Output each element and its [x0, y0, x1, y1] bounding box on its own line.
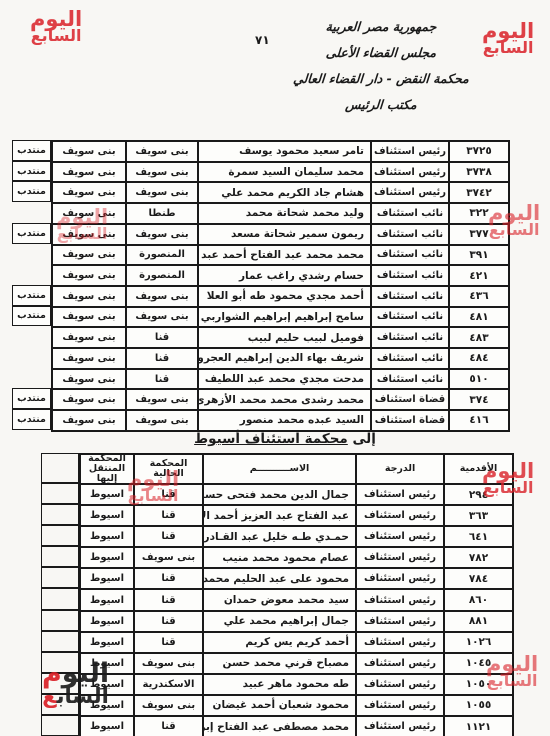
t2-seniority: ١٠٥٥	[444, 695, 513, 716]
t1-degree: نائب استئناف	[371, 203, 449, 224]
page-number: ٧١	[255, 33, 270, 47]
t1-current-court: قنا	[126, 348, 198, 369]
t1-name: وليد محمد شحاتة محمد	[198, 203, 371, 224]
youm7-watermark-line2: السابع	[30, 29, 82, 44]
t2-name: عصام محمود محمد منيب	[203, 547, 356, 568]
empty-margin-box	[41, 525, 79, 546]
t2-to-court: اسيوط	[80, 695, 134, 716]
t1-name: هشام جاد الكريم محمد علي	[198, 182, 371, 203]
t2-name: جمال الدين محمد فتحى حسين	[203, 484, 356, 505]
t2-degree: رئيس استئناف	[356, 611, 444, 632]
empty-margin-box	[41, 652, 79, 673]
t2-current-court: بنى سويف	[134, 547, 203, 568]
t2-current-court: قنا	[134, 526, 203, 547]
t1-to-court: بنى سويف	[52, 410, 126, 431]
t2-seniority: ٣٦٣	[444, 505, 513, 526]
t2-degree: رئيس استئناف	[356, 695, 444, 716]
t1-current-court: قنا	[126, 369, 198, 390]
delegation-stamp-empty	[12, 368, 51, 389]
t2-seniority: ٦٤١	[444, 526, 513, 547]
t1-seniority: ٤٨١	[449, 307, 509, 328]
t2-name: أحمد كريم يس كريم	[203, 632, 356, 653]
t1-seniority: ٤٨٤	[449, 348, 509, 369]
t1-degree: نائب استئناف	[371, 307, 449, 328]
t2-seniority: ١٠٢٦	[444, 632, 513, 653]
t2-degree: رئيس استئناف	[356, 653, 444, 674]
t2-seniority: ١١٢١	[444, 716, 513, 736]
t1-current-court: المنصورة	[126, 245, 198, 266]
t1-name: فوميل لبيب حليم لبيب	[198, 327, 371, 348]
t1-degree: قضاة استئناف	[371, 410, 449, 431]
t1-to-court: بنى سويف	[52, 203, 126, 224]
empty-margin-box	[41, 610, 79, 631]
t2-name: محمد مصطفى عبد الفتاح إبراهيم	[203, 716, 356, 736]
t2-name: مصباح قرني محمد حسن	[203, 653, 356, 674]
t2-seniority: ٧٨٤	[444, 568, 513, 589]
youm7-watermark-line1: اليوم	[482, 22, 534, 41]
t1-name: سامح إبراهيم إبراهيم الشواربي	[198, 307, 371, 328]
empty-margin-box	[41, 504, 79, 525]
section-title: إلى محكمة استئناف أسيوط	[120, 431, 450, 447]
letterhead-country: جمهورية مصر العربية	[277, 14, 485, 40]
t1-seniority: ٣٧٤	[449, 389, 509, 410]
empty-margin-box	[41, 483, 79, 504]
t2-to-court: اسيوط	[80, 716, 134, 736]
youm7-watermark: اليوم السابع	[30, 10, 82, 44]
t1-seniority: ٣٩١	[449, 245, 509, 266]
t2-current-court: قنا	[134, 716, 203, 736]
t2-seniority: ٧٨٢	[444, 547, 513, 568]
t2-current-court: قنا	[134, 611, 203, 632]
empty-margin-box	[41, 588, 79, 609]
t1-to-court: بنى سويف	[52, 307, 126, 328]
t1-degree: رئيس استئناف	[371, 162, 449, 183]
delegation-stamp: منتدب	[12, 306, 51, 327]
t1-to-court: بنى سويف	[52, 327, 126, 348]
t2-current-court: بنى سويف	[134, 653, 203, 674]
t2-seniority: ٢٩٤	[444, 484, 513, 505]
delegation-stamp: منتدب	[12, 388, 51, 409]
t2-to-court: اسيوط	[80, 653, 134, 674]
delegation-stamp-empty	[12, 347, 51, 368]
delegation-stamp: منتدب	[12, 223, 51, 244]
t2-name: طه محمود ماهر عبيد	[203, 674, 356, 695]
t1-degree: نائب استئناف	[371, 327, 449, 348]
t1-to-court: بنى سويف	[52, 348, 126, 369]
t1-degree: قضاة استئناف	[371, 389, 449, 410]
t1-name: تامر سعيد محمود يوسف	[198, 141, 371, 162]
t1-to-court: بنى سويف	[52, 162, 126, 183]
t1-to-court: بنى سويف	[52, 182, 126, 203]
t1-name: مدحت مجدي محمد عبد اللطيف	[198, 369, 371, 390]
t1-current-court: طنطا	[126, 203, 198, 224]
t2-to-court: اسيوط	[80, 547, 134, 568]
t2-name: محمود على عبد الحليم محمد	[203, 568, 356, 589]
delegation-stamp-empty	[12, 326, 51, 347]
t1-to-court: بنى سويف	[52, 245, 126, 266]
letterhead-council: مجلس القضاء الأعلى	[277, 40, 485, 66]
section-title-court: محكمة استئناف أسيوط	[194, 431, 348, 447]
delegation-stamp-empty	[12, 202, 51, 223]
empty-margin-column	[41, 453, 79, 736]
t1-seniority: ٣٢٢	[449, 203, 509, 224]
t1-name: أحمد مجدي محمود طه أبو العلا	[198, 286, 371, 307]
t1-current-court: بنى سويف	[126, 182, 198, 203]
t1-name: حسام رشدي راغب عمار	[198, 265, 371, 286]
empty-margin-box	[41, 673, 79, 694]
t1-to-court: بنى سويف	[52, 369, 126, 390]
t2-seniority: ٨٦٠	[444, 589, 513, 610]
t2-name: عبد الفتاح عبد العزيز أحمد الأمير	[203, 505, 356, 526]
delegation-stamp: منتدب	[12, 285, 51, 306]
t2-degree: رئيس استئناف	[356, 674, 444, 695]
t1-name: محمد رشدى محمد محمد الأزهرى	[198, 389, 371, 410]
letterhead-court: محكمة النقض - دار القضاء العالي	[277, 66, 485, 92]
t2-header-degree: الدرجة	[356, 454, 444, 484]
t2-current-court: قنا	[134, 589, 203, 610]
t1-degree: رئيس استئناف	[371, 141, 449, 162]
delegation-stamp: منتدب	[12, 161, 51, 182]
t2-current-court: الاسكندرية	[134, 674, 203, 695]
t2-header-current-court: المحكمة الحالية	[134, 454, 203, 484]
t2-to-court: اسيوط	[80, 526, 134, 547]
t1-seniority: ٤٣٦	[449, 286, 509, 307]
t1-degree: نائب استئناف	[371, 245, 449, 266]
t1-to-court: بنى سويف	[52, 389, 126, 410]
document-page: اليوم السابع اليوم السابع اليوم السابع ا…	[0, 0, 550, 736]
t2-degree: رئيس استئناف	[356, 716, 444, 736]
youm7-watermark: اليوم السابع	[482, 22, 534, 56]
letterhead: جمهورية مصر العربية مجلس القضاء الأعلى م…	[278, 14, 484, 118]
t2-to-court: اسيوط	[80, 611, 134, 632]
delegation-stamp-column: منتدبمنتدبمنتدبمنتدبمنتدبمنتدبمنتدبمنتدب	[12, 140, 51, 430]
t2-to-court: اسيوط	[80, 632, 134, 653]
t1-current-court: بنى سويف	[126, 141, 198, 162]
delegation-stamp: منتدب	[12, 181, 51, 202]
t1-degree: رئيس استئناف	[371, 182, 449, 203]
t1-to-court: بنى سويف	[52, 141, 126, 162]
t2-to-court: اسيوط	[80, 484, 134, 505]
t1-degree: نائب استئناف	[371, 369, 449, 390]
t2-current-court: قنا	[134, 632, 203, 653]
empty-margin-box	[41, 546, 79, 567]
t2-degree: رئيس استئناف	[356, 484, 444, 505]
t2-current-court: قنا	[134, 484, 203, 505]
t1-name: شريف بهاء الدين إبراهيم العجرودي	[198, 348, 371, 369]
t1-current-court: بنى سويف	[126, 389, 198, 410]
t1-to-court: بنى سويف	[52, 265, 126, 286]
delegation-stamp-empty	[12, 244, 51, 265]
t1-seniority: ٣٧٧	[449, 224, 509, 245]
t1-name: السيد عبده محمد منصور	[198, 410, 371, 431]
t2-header-name: الاســــــــــم	[203, 454, 356, 484]
section-title-prefix: إلى	[348, 431, 376, 447]
transfer-table-1: بنى سويفبنى سويفتامر سعيد محمود يوسفرئيس…	[51, 140, 510, 432]
t2-header-to-court: المحكمة المنتقل إليها	[80, 454, 134, 484]
empty-margin-box	[41, 631, 79, 652]
t2-name: محمود شعبان أحمد غيضان	[203, 695, 356, 716]
t1-seniority: ٥١٠	[449, 369, 509, 390]
t1-current-court: بنى سويف	[126, 162, 198, 183]
delegation-stamp-empty	[12, 264, 51, 285]
t2-name: حمـدي طـه خليل عبد القـادر	[203, 526, 356, 547]
youm7-watermark-line1: اليوم	[30, 10, 82, 29]
t1-current-court: بنى سويف	[126, 286, 198, 307]
t1-seniority: ٤٢١	[449, 265, 509, 286]
t2-degree: رئيس استئناف	[356, 568, 444, 589]
empty-margin-box	[41, 715, 79, 736]
t2-degree: رئيس استئناف	[356, 547, 444, 568]
t1-name: محمد محمد عبد الفتاح أحمد عبد الله	[198, 245, 371, 266]
empty-margin-box	[41, 567, 79, 588]
t1-seniority: ٣٧٤٢	[449, 182, 509, 203]
t1-current-court: بنى سويف	[126, 224, 198, 245]
t2-to-court: اسيوط	[80, 589, 134, 610]
empty-margin-box	[41, 694, 79, 715]
t1-name: محمد سليمان السيد سمرة	[198, 162, 371, 183]
transfer-table-2: المحكمة المنتقل إليها المحكمة الحالية ال…	[79, 453, 514, 736]
t2-degree: رئيس استئناف	[356, 526, 444, 547]
t2-seniority: ١٠٥٠	[444, 674, 513, 695]
youm7-watermark-line2: السابع	[482, 41, 534, 56]
t2-to-court: اسيوط	[80, 505, 134, 526]
t2-current-court: بنى سويف	[134, 695, 203, 716]
t1-seniority: ٤٨٣	[449, 327, 509, 348]
t1-name: ريمون سمير شحاتة مسعد	[198, 224, 371, 245]
t1-degree: نائب استئناف	[371, 224, 449, 245]
t1-degree: نائب استئناف	[371, 265, 449, 286]
t2-header-seniority: الأقدمية	[444, 454, 513, 484]
t2-degree: رئيس استئناف	[356, 632, 444, 653]
t1-seniority: ٣٧٣٨	[449, 162, 509, 183]
t1-seniority: ٣٧٢٥	[449, 141, 509, 162]
t2-to-court: اسيوط	[80, 568, 134, 589]
t2-seniority: ٨٨١	[444, 611, 513, 632]
t1-degree: نائب استئناف	[371, 286, 449, 307]
t2-degree: رئيس استئناف	[356, 589, 444, 610]
t1-current-court: المنصورة	[126, 265, 198, 286]
t1-current-court: قنا	[126, 327, 198, 348]
t1-seniority: ٤١٦	[449, 410, 509, 431]
t1-degree: نائب استئناف	[371, 348, 449, 369]
t1-to-court: بنى سويف	[52, 286, 126, 307]
t2-seniority: ١٠٤٥	[444, 653, 513, 674]
t2-name: جمال إبراهيم محمد علي	[203, 611, 356, 632]
t2-degree: رئيس استئناف	[356, 505, 444, 526]
empty-margin-box	[41, 453, 79, 483]
t2-to-court: اسيوط	[80, 674, 134, 695]
t1-current-court: بنى سويف	[126, 410, 198, 431]
delegation-stamp: منتدب	[12, 409, 51, 430]
letterhead-office: مكتب الرئيس	[277, 92, 485, 118]
t1-to-court: بنى سويف	[52, 224, 126, 245]
t2-name: سيد محمد معوض حمدان	[203, 589, 356, 610]
t2-current-court: قنا	[134, 505, 203, 526]
t1-current-court: بنى سويف	[126, 307, 198, 328]
t2-current-court: قنا	[134, 568, 203, 589]
delegation-stamp: منتدب	[12, 140, 51, 161]
